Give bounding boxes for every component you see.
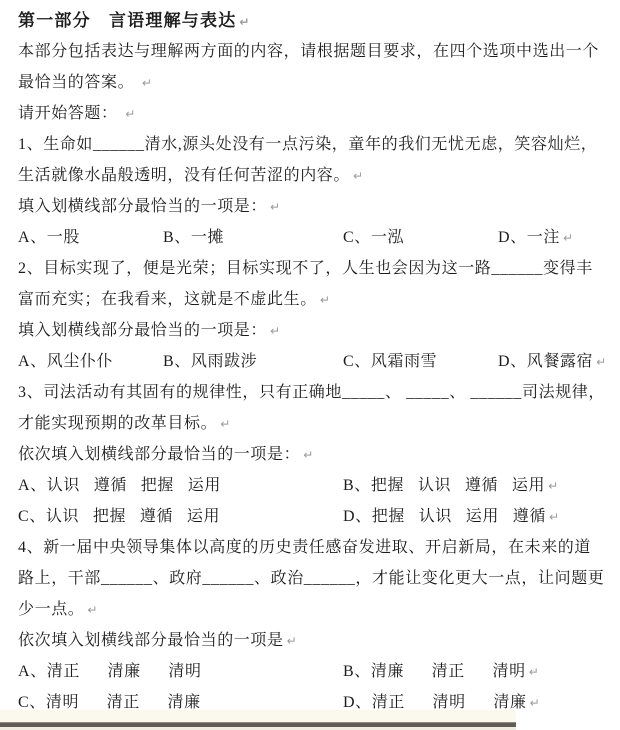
q4-stem-line-3-text: 少一点。 <box>18 601 84 618</box>
q3-prompt: 依次填入划横线部分最恰当的一项是：↵ <box>18 439 620 470</box>
q4-option-b-text: B、清廉 清正 清明 <box>343 663 526 680</box>
intro-line-1: 本部分包括表达与理解两方面的内容，请根据题目要求，在四个选项中选出一个 <box>18 36 620 67</box>
paragraph-mark-icon: ↵ <box>549 510 559 524</box>
q1-prompt-text: 填入划横线部分最恰当的一项是： <box>18 198 267 215</box>
q4-stem-line-1: 4、新一届中央领导集体以高度的历史责任感奋发进取、开启新局，在未来的道 <box>18 532 620 563</box>
q1-stem-line-1: 1、生命如______清水,源头处没有一点污染，童年的我们无忧无虑，笑容灿烂， <box>18 129 620 160</box>
q2-prompt-text: 填入划横线部分最恰当的一项是： <box>18 322 267 339</box>
paragraph-mark-icon: ↵ <box>529 665 539 679</box>
q1-stem-line-2: 生活就像水晶般透明，没有任何苦涩的内容。↵ <box>18 160 620 191</box>
section-title-text: 第一部分 言语理解与表达 <box>18 11 236 30</box>
q2-option-c: C、风霜雨雪 <box>343 346 498 377</box>
q3-option-b-text: B、把握 认识 遵循 运用 <box>343 477 545 494</box>
paragraph-mark-icon: ↵ <box>320 293 330 307</box>
q3-option-b: B、把握 认识 遵循 运用↵ <box>343 470 620 501</box>
paragraph-mark-icon: ↵ <box>220 417 230 431</box>
q1-option-a: A、一股 <box>18 222 163 253</box>
q4-prompt: 依次填入划横线部分最恰当的一项是↵ <box>18 625 620 656</box>
q2-option-a: A、风尘仆仆 <box>18 346 163 377</box>
section-title: 第一部分 言语理解与表达↵ <box>18 5 620 36</box>
q3-options-row-1: A、认识 遵循 把握 运用 B、把握 认识 遵循 运用↵ <box>18 470 620 501</box>
q1-options-row: A、一股 B、一摊 C、一泓 D、一注↵ <box>18 222 620 253</box>
q3-stem-line-1: 3、司法活动有其固有的规律性，只有正确地_____、 _____、 ______… <box>18 377 620 408</box>
q2-stem-line-2: 富而充实；在我看来，这就是不虚此生。↵ <box>18 284 620 315</box>
q3-option-c: C、认识 把握 遵循 运用 <box>18 501 343 532</box>
paragraph-mark-icon: ↵ <box>270 324 280 338</box>
q3-stem-line-2: 才能实现预期的改革目标。↵ <box>18 408 620 439</box>
q1-option-d: D、一注↵ <box>498 222 620 253</box>
q3-option-a: A、认识 遵循 把握 运用 <box>18 470 343 501</box>
paragraph-mark-icon: ↵ <box>270 200 280 214</box>
q2-option-d: D、风餐露宿↵ <box>498 346 620 377</box>
intro-line-2-text: 最恰当的答案。 <box>18 74 139 91</box>
paragraph-mark-icon: ↵ <box>563 231 573 245</box>
q3-option-d: D、把握 认识 运用 遵循↵ <box>343 501 620 532</box>
q1-option-b: B、一摊 <box>163 222 343 253</box>
q4-option-a: A、清正 清廉 清明 <box>18 656 343 687</box>
q2-stem-line-1: 2、目标实现了，便是光荣；目标实现不了，人生也会因为这一路______变得丰 <box>18 253 620 284</box>
q4-option-d-text: D、清正 清明 清廉 <box>343 694 527 711</box>
q2-option-d-text: D、风餐露宿 <box>498 353 593 370</box>
q2-options-row: A、风尘仆仆 B、风雨跋涉 C、风霜雨雪 D、风餐露宿↵ <box>18 346 620 377</box>
paragraph-mark-icon: ↵ <box>548 479 558 493</box>
q1-option-d-text: D、一注 <box>498 229 560 246</box>
q2-prompt: 填入划横线部分最恰当的一项是：↵ <box>18 315 620 346</box>
q1-option-c: C、一泓 <box>343 222 498 253</box>
q2-stem-line-2-text: 富而充实；在我看来，这就是不虚此生。 <box>18 291 317 308</box>
paragraph-mark-icon: ↵ <box>125 107 135 121</box>
paragraph-mark-icon: ↵ <box>87 603 97 617</box>
q4-prompt-text: 依次填入划横线部分最恰当的一项是 <box>18 632 284 649</box>
q3-option-d-text: D、把握 认识 运用 遵循 <box>343 508 546 525</box>
paragraph-mark-icon: ↵ <box>530 696 540 710</box>
paragraph-mark-icon: ↵ <box>239 15 249 29</box>
paragraph-mark-icon: ↵ <box>303 448 313 462</box>
paragraph-mark-icon: ↵ <box>287 634 297 648</box>
paragraph-mark-icon: ↵ <box>353 169 363 183</box>
q3-options-row-2: C、认识 把握 遵循 运用 D、把握 认识 运用 遵循↵ <box>18 501 620 532</box>
document-content: 第一部分 言语理解与表达↵ 本部分包括表达与理解两方面的内容，请根据题目要求，在… <box>18 5 620 718</box>
q4-option-b: B、清廉 清正 清明↵ <box>343 656 620 687</box>
paragraph-mark-icon: ↵ <box>142 76 152 90</box>
page-bottom-strip <box>0 710 516 722</box>
intro-line-2: 最恰当的答案。 ↵ <box>18 67 620 98</box>
q4-options-row-1: A、清正 清廉 清明 B、清廉 清正 清明↵ <box>18 656 620 687</box>
q1-stem-line-2-text: 生活就像水晶般透明，没有任何苦涩的内容。 <box>18 167 350 184</box>
q4-stem-line-3: 少一点。↵ <box>18 594 620 625</box>
start-prompt: 请开始答题： ↵ <box>18 98 620 129</box>
q3-stem-line-2-text: 才能实现预期的改革目标。 <box>18 415 217 432</box>
paragraph-mark-icon: ↵ <box>596 355 606 369</box>
q2-option-b: B、风雨跋涉 <box>163 346 343 377</box>
q4-stem-line-2: 路上，干部______、政府______、政治______，才能让变化更大一点，… <box>18 563 620 594</box>
q3-prompt-text: 依次填入划横线部分最恰当的一项是： <box>18 446 300 463</box>
document-page: 第一部分 言语理解与表达↵ 本部分包括表达与理解两方面的内容，请根据题目要求，在… <box>0 0 620 730</box>
start-prompt-text: 请开始答题： <box>18 105 122 122</box>
q1-prompt: 填入划横线部分最恰当的一项是：↵ <box>18 191 620 222</box>
